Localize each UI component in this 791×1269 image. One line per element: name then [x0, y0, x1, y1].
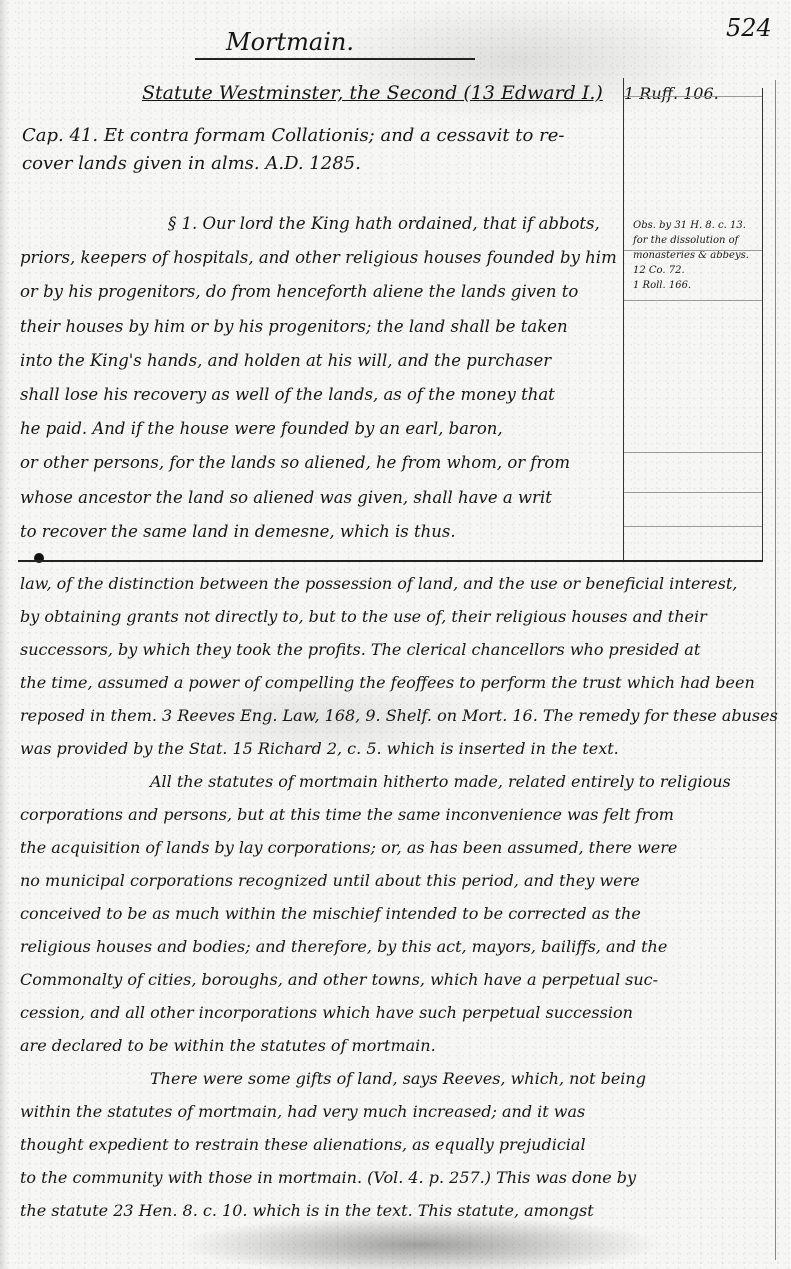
manuscript-page: 524 Mortmain. Statute Westminster, the S…	[0, 0, 791, 1269]
commentary-line: All the statutes of mortmain hitherto ma…	[150, 772, 731, 791]
margin-note-line: 12 Co. 72.	[633, 265, 685, 277]
margin-note-line: for the dissolution of	[633, 235, 738, 247]
section-1-line: priors, keepers of hospitals, and other …	[20, 248, 617, 267]
commentary-line: to the community with those in mortmain.…	[20, 1168, 636, 1187]
commentary-line: the acquisition of lands by lay corporat…	[20, 838, 677, 857]
commentary-line: was provided by the Stat. 15 Richard 2, …	[20, 739, 619, 758]
margin-ruling-line	[624, 250, 762, 251]
commentary-line: the time, assumed a power of compelling …	[20, 673, 755, 692]
commentary-line: by obtaining grants not directly to, but…	[20, 607, 707, 626]
commentary-line: cession, and all other incorporations wh…	[20, 1003, 633, 1022]
margin-reference-top: 1 Ruff. 106.	[624, 84, 719, 103]
margin-rule-right	[762, 88, 763, 560]
section-divider	[18, 560, 763, 562]
page-title: Mortmain.	[226, 28, 354, 56]
section-1-line: their houses by him or by his progenitor…	[20, 317, 568, 336]
commentary-line: are declared to be within the statutes o…	[20, 1036, 436, 1055]
margin-ruling-line	[624, 492, 762, 493]
commentary-line: law, of the distinction between the poss…	[20, 574, 737, 593]
margin-rule-left	[623, 78, 624, 560]
section-1-line: into the King's hands, and holden at his…	[20, 351, 551, 370]
chapter-heading-line1: Cap. 41. Et contra formam Collationis; a…	[22, 125, 564, 146]
section-1-line: shall lose his recovery as well of the l…	[20, 385, 555, 404]
section-1-line: or other persons, for the lands so alien…	[20, 453, 570, 472]
statute-heading: Statute Westminster, the Second (13 Edwa…	[142, 82, 603, 104]
margin-ruling-line	[624, 452, 762, 453]
section-1-line: whose ancestor the land so aliened was g…	[20, 488, 552, 507]
commentary-line: reposed in them. 3 Reeves Eng. Law, 168,…	[20, 706, 778, 725]
section-1-line: or by his progenitors, do from hencefort…	[20, 282, 578, 301]
margin-ruling-line	[624, 300, 762, 301]
commentary-line: successors, by which they took the profi…	[20, 640, 700, 659]
commentary-line: There were some gifts of land, says Reev…	[150, 1069, 646, 1088]
margin-note-line: Obs. by 31 H. 8. c. 13.	[633, 220, 746, 232]
commentary-line: conceived to be as much within the misch…	[20, 904, 641, 923]
commentary-line: no municipal corporations recognized unt…	[20, 871, 640, 890]
section-1-line: he paid. And if the house were founded b…	[20, 419, 503, 438]
commentary-line: thought expedient to restrain these alie…	[20, 1135, 586, 1154]
margin-ruling-line	[624, 96, 762, 97]
commentary-line: religious houses and bodies; and therefo…	[20, 937, 667, 956]
section-1-line: § 1. Our lord the King hath ordained, th…	[168, 214, 600, 233]
margin-note-line: 1 Roll. 166.	[633, 280, 691, 292]
commentary-line: corporations and persons, but at this ti…	[20, 805, 674, 824]
commentary-line: Commonalty of cities, boroughs, and othe…	[20, 970, 658, 989]
section-1-line: to recover the same land in demesne, whi…	[20, 522, 456, 541]
chapter-heading-line2: cover lands given in alms. A.D. 1285.	[22, 153, 361, 174]
commentary-line: within the statutes of mortmain, had ver…	[20, 1102, 585, 1121]
title-underline	[195, 58, 475, 60]
page-number: 524	[726, 14, 772, 42]
page-edge-rule	[775, 80, 776, 1260]
margin-note-line: monasteries & abbeys.	[633, 250, 749, 262]
commentary-line: the statute 23 Hen. 8. c. 10. which is i…	[20, 1201, 594, 1220]
margin-ruling-line	[624, 526, 762, 527]
